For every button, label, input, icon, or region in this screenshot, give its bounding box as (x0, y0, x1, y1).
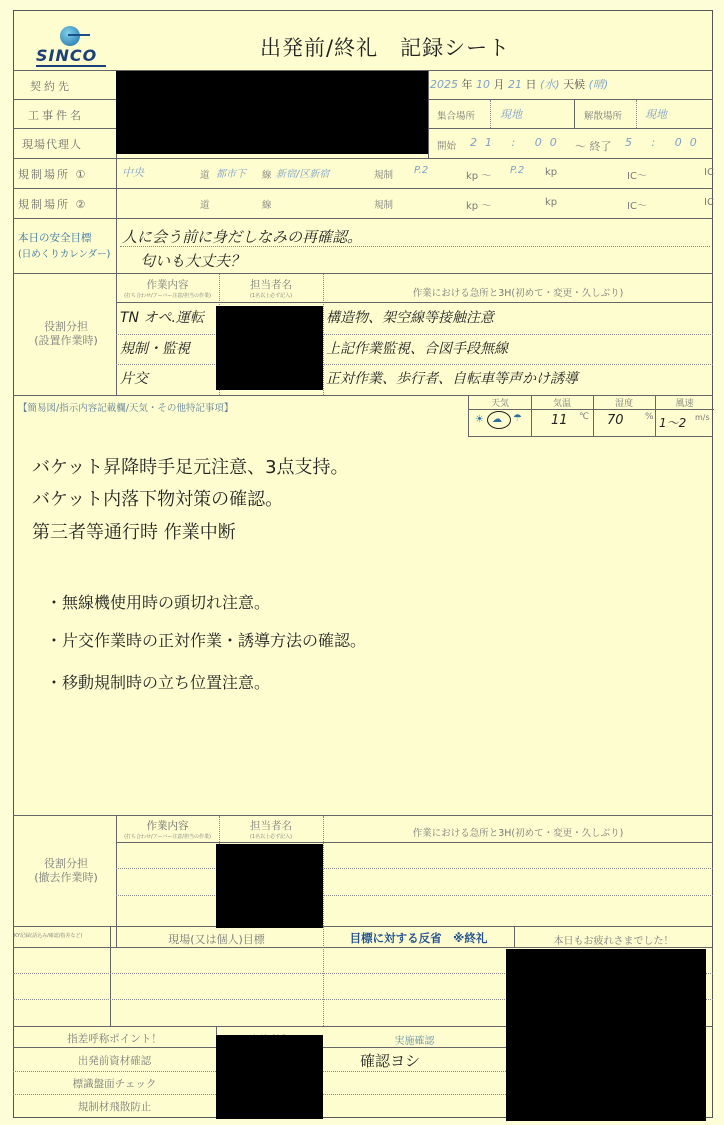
check-item-2: 標識盤面チェック (13, 1076, 216, 1091)
ky-goal-header: 現場(又は個人)目標 (110, 931, 323, 947)
safety-goal-line1[interactable]: 人に会う前に身だしなみの再確認。 (122, 226, 362, 247)
page-title: 出発前/終礼 記録シート (260, 32, 510, 62)
umbrella-icon: ☂ (513, 413, 522, 424)
setup-row-2-work[interactable]: 規制・監視 (120, 338, 190, 358)
project-label: 工事件名 (28, 107, 84, 123)
globe-icon (60, 26, 80, 46)
note-line-2[interactable]: バケット内落下物対策の確認。 (32, 485, 283, 511)
start-time-value[interactable]: 21 : 00 (470, 136, 565, 149)
redacted-setup-persons (216, 306, 323, 390)
weather-table: 天気 気温 湿度 風速 ☀ ☁ ☂ 11 ℃ 70 % 1〜2 m/s (468, 395, 713, 437)
sinco-logo: SINCO (32, 26, 112, 68)
setup-row-3-hazard[interactable]: 正対作業、歩行者、自転車等声かけ誘導 (326, 368, 578, 388)
sun-icon: ☀ (475, 414, 484, 425)
setup-row-1-hazard[interactable]: 構造物、架空線等接触注意 (326, 307, 494, 327)
notes-label: 【簡易図/指示内容記載欄/天気・その他特記事項】 (18, 400, 233, 414)
setup-row-2-hazard[interactable]: 上記作業監視、合図手段無線 (326, 338, 508, 358)
ky-reflection-header: 目標に対する反省 ※終礼 (323, 930, 514, 946)
setup-row-3-work[interactable]: 片交 (120, 368, 148, 388)
note-bullet-3[interactable]: ・移動規制時の立ち位置注意。 (46, 670, 270, 693)
redacted-contract-info (116, 71, 428, 154)
safety-goal-label: 本日の安全目標 (18, 230, 92, 245)
temperature-value[interactable]: 11 (551, 413, 568, 428)
note-bullet-1[interactable]: ・無線機使用時の頭切れ注意。 (46, 590, 270, 613)
wind-value[interactable]: 1〜2 (659, 414, 686, 431)
safety-goal-line2[interactable]: 匂いも大丈夫？ (140, 250, 245, 271)
note-bullet-2[interactable]: ・片交作業時の正対作業・誘導方法の確認。 (46, 628, 366, 651)
check-item-3: 規制材飛散防止 (13, 1099, 216, 1114)
redacted-reflection (506, 949, 706, 1121)
note-line-3[interactable]: 第三者等通行時 作業中断 (32, 518, 236, 544)
end-time-value[interactable]: 5 : 00 (625, 136, 705, 149)
cloud-icon: ☁ (492, 414, 502, 425)
redacted-check-persons (216, 1035, 323, 1119)
humidity-value[interactable]: 70 (607, 413, 624, 428)
setup-row-1-work[interactable]: TN オペ.運転 (120, 307, 204, 327)
redacted-removal-persons (216, 844, 323, 928)
agent-label: 現場代理人 (22, 136, 82, 152)
meeting-place-value[interactable]: 現地 (500, 106, 522, 122)
contract-label: 契約先 (30, 78, 72, 94)
note-line-1[interactable]: バケット昇降時手足元注意、3点支持。 (32, 453, 349, 479)
date-field[interactable]: 2025 年 10 月 21 日 (水) 天候 (晴) (430, 76, 712, 96)
confirm-value[interactable]: 確認ヨシ (360, 1050, 420, 1071)
check-item-1: 出発前資材確認 (13, 1053, 216, 1068)
dismiss-place-value[interactable]: 現地 (645, 106, 667, 122)
checks-header: 指差呼称ポイント！ (13, 1031, 216, 1046)
